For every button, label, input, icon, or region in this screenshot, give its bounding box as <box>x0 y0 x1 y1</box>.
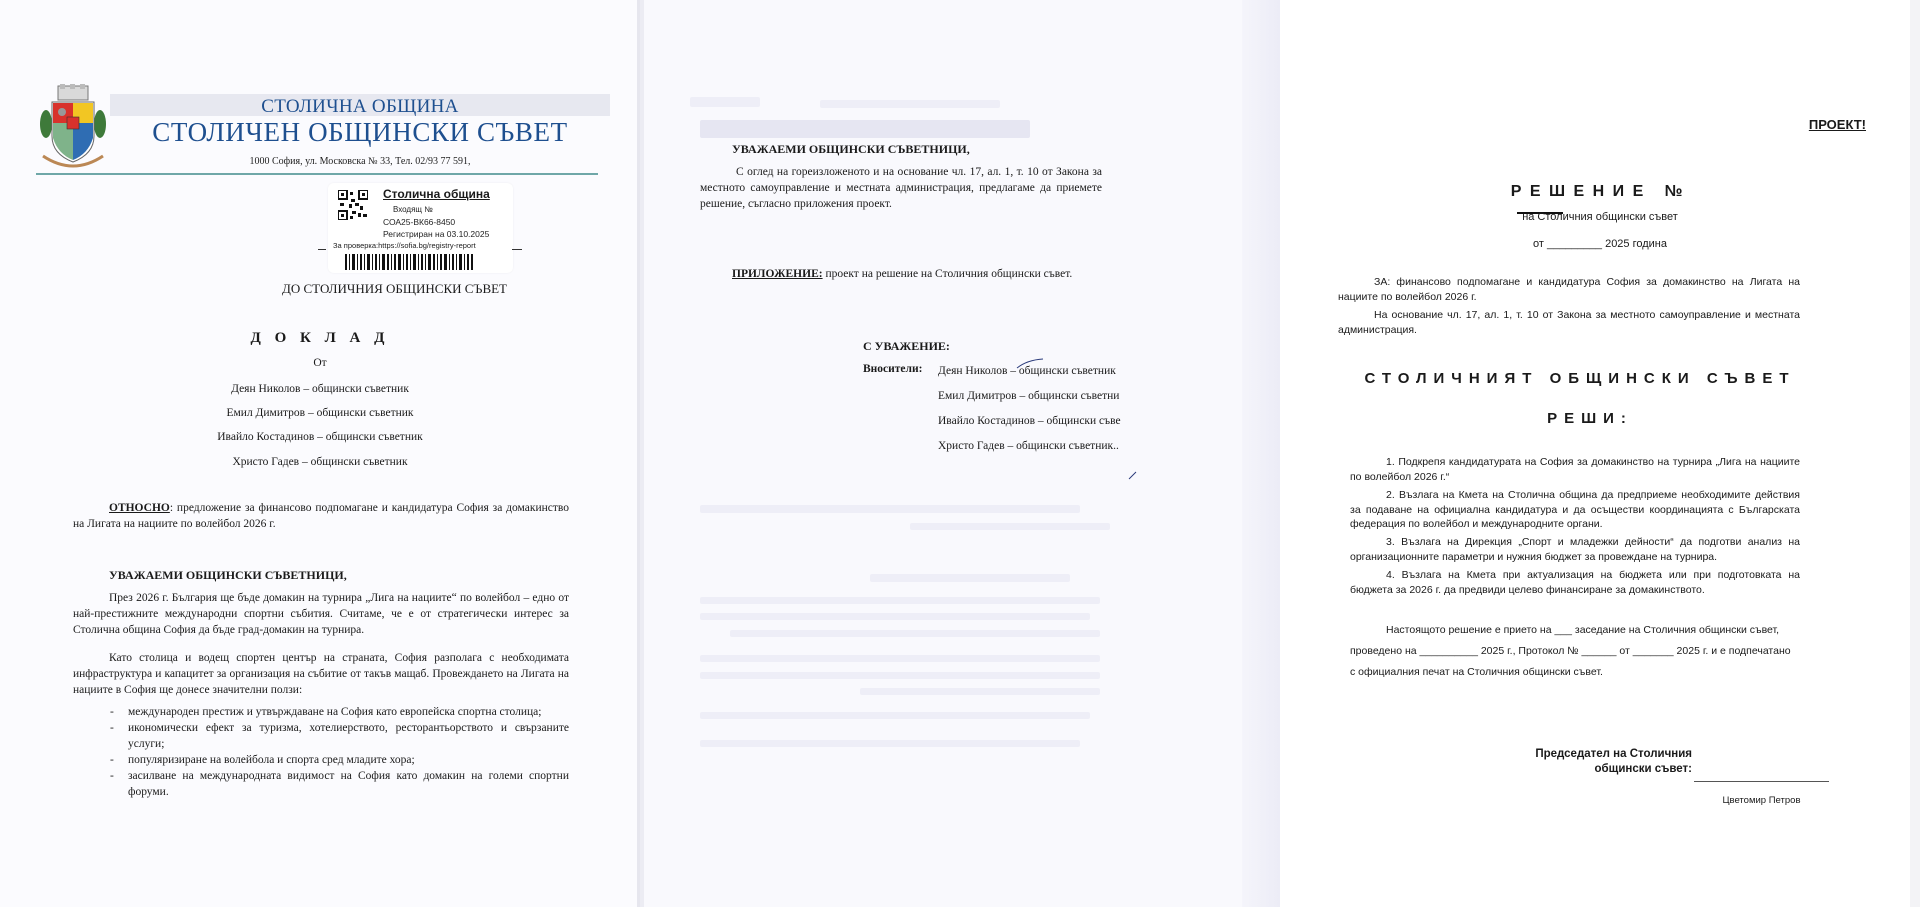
signature-mark-icon <box>1128 470 1138 480</box>
decision-date-line: от _________ 2025 година <box>1280 238 1920 250</box>
signature-line <box>1694 781 1829 782</box>
draft-mark: ПРОЕКТ! <box>1809 117 1866 132</box>
submitter-2: Емил Димитров – общински съветни <box>938 388 1119 404</box>
qr-code-icon <box>338 190 368 220</box>
author-1: Деян Николов – общински съветник <box>0 383 640 395</box>
adoption-line-1: Настоящото решение е прието на ___ засед… <box>1350 620 1800 641</box>
decision-of-council: на Столичния общински съвет <box>1280 211 1920 223</box>
proposal-paragraph: С оглед на гореизложеното и на основание… <box>700 164 1102 212</box>
page-draft-decision: ПРОЕКТ! Р Е Ш Е Н И Е № на Столичния общ… <box>1280 0 1920 907</box>
legal-basis-paragraph: На основание чл. 17, ал. 1, т. 10 от Зак… <box>1338 308 1800 337</box>
submitter-4: Христо Гадев – общински съветник.. <box>938 438 1119 454</box>
addressee: ДО СТОЛИЧНИЯ ОБЩИНСКИ СЪВЕТ <box>282 281 507 297</box>
page-edge <box>1910 0 1920 907</box>
decides-heading: РЕШИ: <box>1280 410 1900 427</box>
bleed-through-text <box>870 574 1070 582</box>
chairman-label-line-2: общински съвет: <box>1510 762 1692 777</box>
decision-title-text: Р Е Ш Е Н И Е № <box>1511 183 1685 200</box>
header-organization: СТОЛИЧНА ОБЩИНА <box>110 96 610 118</box>
bleed-through-text <box>700 655 1100 662</box>
bleed-through-text <box>700 120 1030 138</box>
bleed-through-text <box>730 630 1100 637</box>
bleed-through-text <box>860 688 1100 695</box>
page-proposal: УВАЖАЕМИ ОБЩИНСКИ СЪВЕТНИЦИ, С оглед на … <box>640 0 1280 907</box>
submitter-3: Ивайло Костадинов – общински съве <box>938 413 1121 429</box>
subject-label: ОТНОСНО <box>109 502 170 514</box>
bleed-through-text <box>690 97 760 107</box>
attachment-label: ПРИЛОЖЕНИЕ: <box>732 268 823 280</box>
bleed-through-text <box>700 613 1090 620</box>
intro-paragraph: През 2026 г. България ще бъде домакин на… <box>73 590 569 638</box>
bleed-through-text <box>700 505 1080 513</box>
attachment-line: ПРИЛОЖЕНИЕ: проект на решение на Столичн… <box>732 266 1072 282</box>
decision-title: Р Е Ш Е Н И Е № <box>1485 165 1684 237</box>
header-council-name: СТОЛИЧЕН ОБЩИНСКИ СЪВЕТ <box>110 117 610 148</box>
decision-item-2: 2. Възлага на Кмета на Столична община д… <box>1350 488 1800 532</box>
dash-right <box>512 249 522 250</box>
bleed-through-text <box>700 597 1100 604</box>
bleed-through-text <box>700 712 1090 719</box>
bleed-through-text <box>910 523 1110 530</box>
adoption-paragraph: Настоящото решение е прието на ___ засед… <box>1350 620 1800 683</box>
benefit-item: икономически ефект за туризма, хотелиерс… <box>106 720 569 752</box>
barcode-icon <box>345 254 473 270</box>
adoption-line-2: проведено на __________ 2025 г., Протоко… <box>1350 641 1800 662</box>
subject-paragraph: ОТНОСНО: предложение за финансово подпом… <box>73 500 569 532</box>
decision-item-3: 3. Възлага на Дирекция „Спорт и младежки… <box>1350 535 1800 564</box>
council-heading: СТОЛИЧНИЯТ ОБЩИНСКИ СЪВЕТ <box>1280 370 1880 387</box>
capacity-paragraph: Като столица и водещ спортен център на с… <box>73 650 569 698</box>
chairman-name: Цветомир Петров <box>1694 795 1829 806</box>
sticker-verify-link[interactable]: За проверка:https://sofia.bg/registry-re… <box>333 241 476 250</box>
header-address: 1000 София, ул. Московска № 33, Тел. 02/… <box>110 156 610 167</box>
sticker-title: Столична община <box>383 187 490 201</box>
header-divider <box>36 173 598 175</box>
author-2: Емил Димитров – общински съветник <box>0 407 640 419</box>
report-title: Д О К Л А Д <box>0 330 640 347</box>
chairman-label-line-1: Председател на Столичния <box>1510 747 1692 762</box>
sofia-coat-of-arms-icon <box>38 84 108 174</box>
sticker-incoming-label: Входящ № <box>393 205 433 214</box>
attachment-text: проект на решение на Столичния общински … <box>823 268 1073 280</box>
salutation: УВАЖАЕМИ ОБЩИНСКИ СЪВЕТНИЦИ, <box>732 142 970 157</box>
page-edge <box>1242 0 1280 907</box>
salutation: УВАЖАЕМИ ОБЩИНСКИ СЪВЕТНИЦИ, <box>109 568 347 583</box>
author-4: Христо Гадев – общински съветник <box>0 456 640 468</box>
decision-item-4: 4. Възлага на Кмета при актуализация на … <box>1350 568 1800 597</box>
submitters-label: Вносители: <box>863 363 922 375</box>
signature-stroke-icon <box>1015 358 1045 370</box>
chairman-label: Председател на Столичния общински съвет: <box>1510 747 1692 777</box>
adoption-line-3: с официалния печат на Столичния общински… <box>1350 662 1800 683</box>
benefit-item: популяризиране на волейбола и спорта сре… <box>106 752 569 768</box>
regarding-paragraph: ЗА: финансово подпомагане и кандидатура … <box>1338 275 1800 304</box>
author-3: Ивайло Костадинов – общински съветник <box>0 431 640 443</box>
bleed-through-text <box>700 740 1080 747</box>
bleed-through-text <box>820 100 1000 108</box>
benefit-item: засилване на международната видимост на … <box>106 768 569 800</box>
sticker-registration-date: Регистриран на 03.10.2025 <box>383 229 489 239</box>
benefit-item: международен престиж и утвърждаване на С… <box>106 704 569 720</box>
decision-item-1: 1. Подкрепя кандидатурата на София за до… <box>1350 455 1800 484</box>
dash-left <box>318 249 326 250</box>
benefits-list: международен престиж и утвърждаване на С… <box>106 704 569 800</box>
from-label: От <box>0 357 640 369</box>
page-report: СТОЛИЧНА ОБЩИНА СТОЛИЧЕН ОБЩИНСКИ СЪВЕТ … <box>0 0 640 907</box>
regards: С УВАЖЕНИЕ: <box>863 339 950 354</box>
bleed-through-text <box>700 672 1100 679</box>
page-edge <box>640 0 644 907</box>
sticker-registration-number: СОА25-ВК66-8450 <box>383 217 455 227</box>
